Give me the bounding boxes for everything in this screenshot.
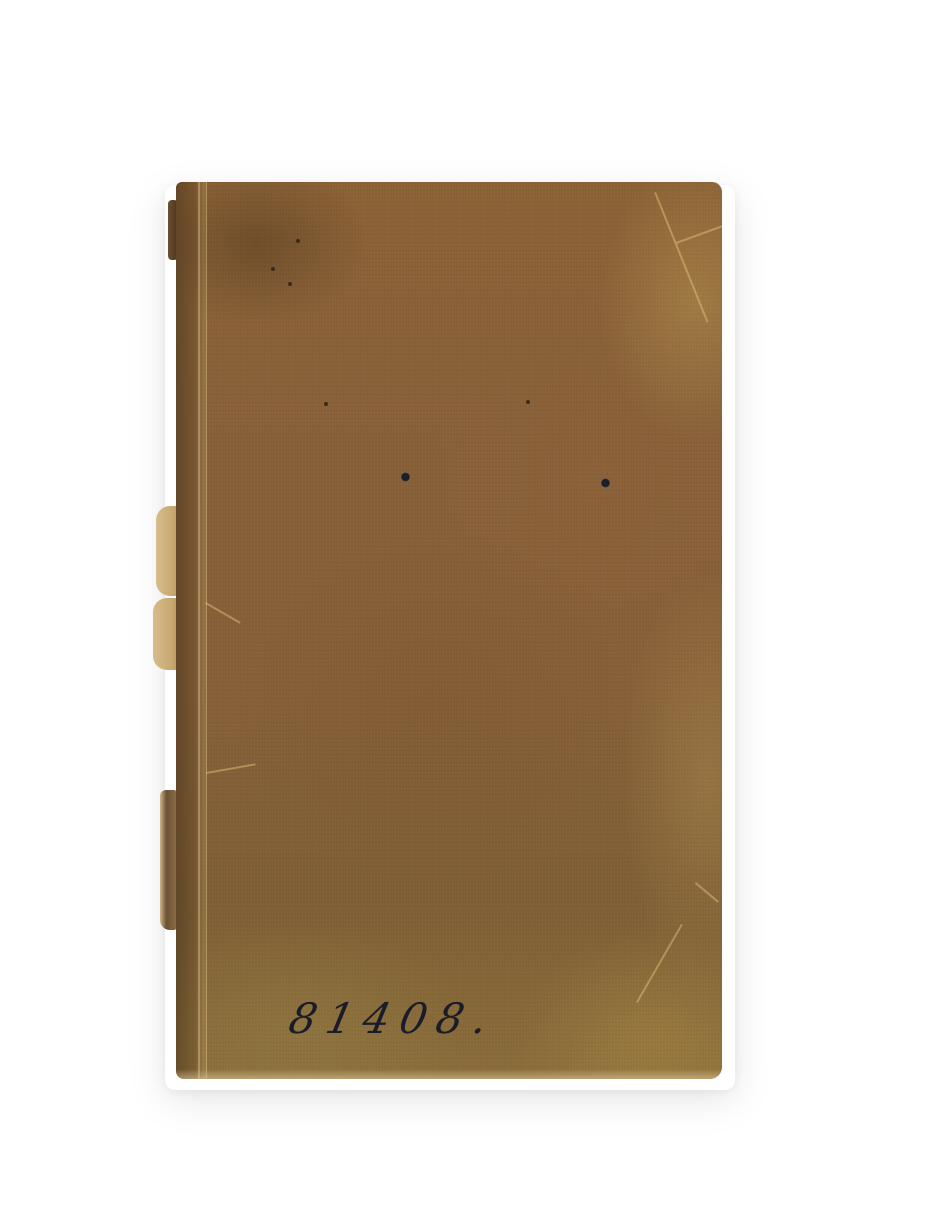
speck bbox=[271, 267, 275, 271]
paper-texture bbox=[176, 182, 722, 1079]
handwritten-inscription: 81408. bbox=[285, 994, 502, 1043]
worm-hole bbox=[401, 472, 410, 482]
spine-line bbox=[206, 182, 207, 1079]
speck bbox=[296, 239, 300, 243]
spine-band bbox=[176, 182, 208, 1079]
speck bbox=[324, 402, 328, 406]
speck bbox=[288, 282, 292, 286]
speck bbox=[526, 400, 530, 404]
spine-fragment-lower bbox=[160, 790, 176, 930]
book-cover bbox=[176, 182, 722, 1079]
page-edge bbox=[176, 1069, 722, 1079]
worm-hole bbox=[601, 478, 610, 488]
spine-line bbox=[198, 182, 200, 1079]
photo-scene: 81408. bbox=[0, 0, 934, 1215]
